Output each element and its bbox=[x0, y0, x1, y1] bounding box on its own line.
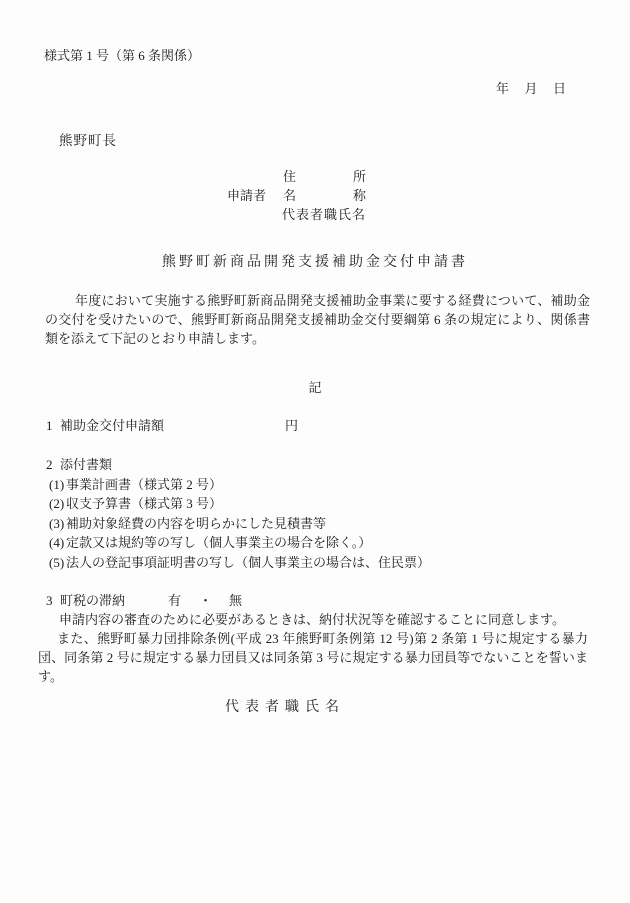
addressee: 熊野町長 bbox=[59, 131, 117, 150]
date-year-label: 年 bbox=[496, 79, 509, 98]
applicant-address-left: 住 bbox=[283, 167, 296, 186]
application-form-page: 様式第 1 号（第 6 条関係） 年 月 日 熊野町長 申請者 住 所 名 称 … bbox=[0, 0, 630, 903]
applicant-label: 申請者 bbox=[227, 186, 266, 205]
body-paragraph: 年度において実施する熊野町新商品開発支援補助金事業に要する経費について、補助金の… bbox=[45, 291, 590, 348]
list-item-text: 補助対象経費の内容を明らかにした見積書等 bbox=[66, 516, 326, 531]
applicant-representative-label: 代表者職氏名 bbox=[282, 205, 366, 224]
item2-label: 添付書類 bbox=[60, 455, 112, 474]
item1-label: 補助金交付申請額 bbox=[60, 416, 164, 435]
list-item-marker: (2) bbox=[49, 494, 66, 513]
list-item: (1)事業計画書（様式第 2 号） bbox=[49, 475, 430, 494]
attachments-list: (1)事業計画書（様式第 2 号） (2)収支予算書（様式第 3 号） (3)補… bbox=[49, 475, 430, 572]
list-item-text: 定款又は規約等の写し（個人事業主の場合を除く。） bbox=[66, 535, 371, 550]
list-item-marker: (5) bbox=[49, 553, 66, 572]
date-day-label: 日 bbox=[553, 79, 566, 98]
item3-number: 3 bbox=[46, 591, 53, 610]
list-item: (3)補助対象経費の内容を明らかにした見積書等 bbox=[49, 514, 430, 533]
record-heading: 記 bbox=[0, 378, 630, 397]
form-number: 様式第 1 号（第 6 条関係） bbox=[44, 46, 200, 65]
date-line: 年 月 日 bbox=[496, 79, 566, 98]
date-month-label: 月 bbox=[524, 79, 537, 98]
list-item: (2)収支予算書（様式第 3 号） bbox=[49, 494, 430, 513]
option-separator-dot: ・ bbox=[199, 591, 212, 610]
item3-label: 町税の滞納 bbox=[60, 591, 125, 610]
tax-delinquency-option-no: 無 bbox=[229, 591, 242, 610]
list-item: (4)定款又は規約等の写し（個人事業主の場合を除く。） bbox=[49, 533, 430, 552]
applicant-address-row: 住 所 bbox=[283, 167, 366, 186]
list-item-text: 事業計画書（様式第 2 号） bbox=[66, 477, 222, 492]
list-item: (5)法人の登記事項証明書の写し（個人事業主の場合は、住民票） bbox=[49, 553, 430, 572]
applicant-name-left: 名 bbox=[283, 186, 296, 205]
list-item-marker: (3) bbox=[49, 514, 66, 533]
item2-number: 2 bbox=[46, 455, 53, 474]
applicant-address-right: 所 bbox=[353, 167, 366, 186]
document-title: 熊野町新商品開発支援補助金交付申請書 bbox=[0, 253, 630, 272]
list-item-marker: (4) bbox=[49, 533, 66, 552]
signature-label: 代表者職氏名 bbox=[225, 698, 345, 717]
list-item-text: 法人の登記事項証明書の写し（個人事業主の場合は、住民票） bbox=[66, 555, 430, 570]
applicant-name-right: 称 bbox=[353, 186, 366, 205]
list-item-marker: (1) bbox=[49, 475, 66, 494]
applicant-name-row: 名 称 bbox=[283, 186, 366, 205]
list-item-text: 収支予算書（様式第 3 号） bbox=[66, 496, 222, 511]
item1-number: 1 bbox=[46, 416, 53, 435]
tax-delinquency-option-yes: 有 bbox=[168, 591, 181, 610]
consent-paragraph-1: 申請内容の審査のために必要があるときは、納付状況等を確認することに同意します。 bbox=[40, 610, 565, 629]
item1-unit-label: 円 bbox=[285, 416, 298, 435]
consent-paragraph-2: また、熊野町暴力団排除条例(平成 23 年熊野町条例第 12 号)第 2 条第 … bbox=[38, 629, 588, 686]
